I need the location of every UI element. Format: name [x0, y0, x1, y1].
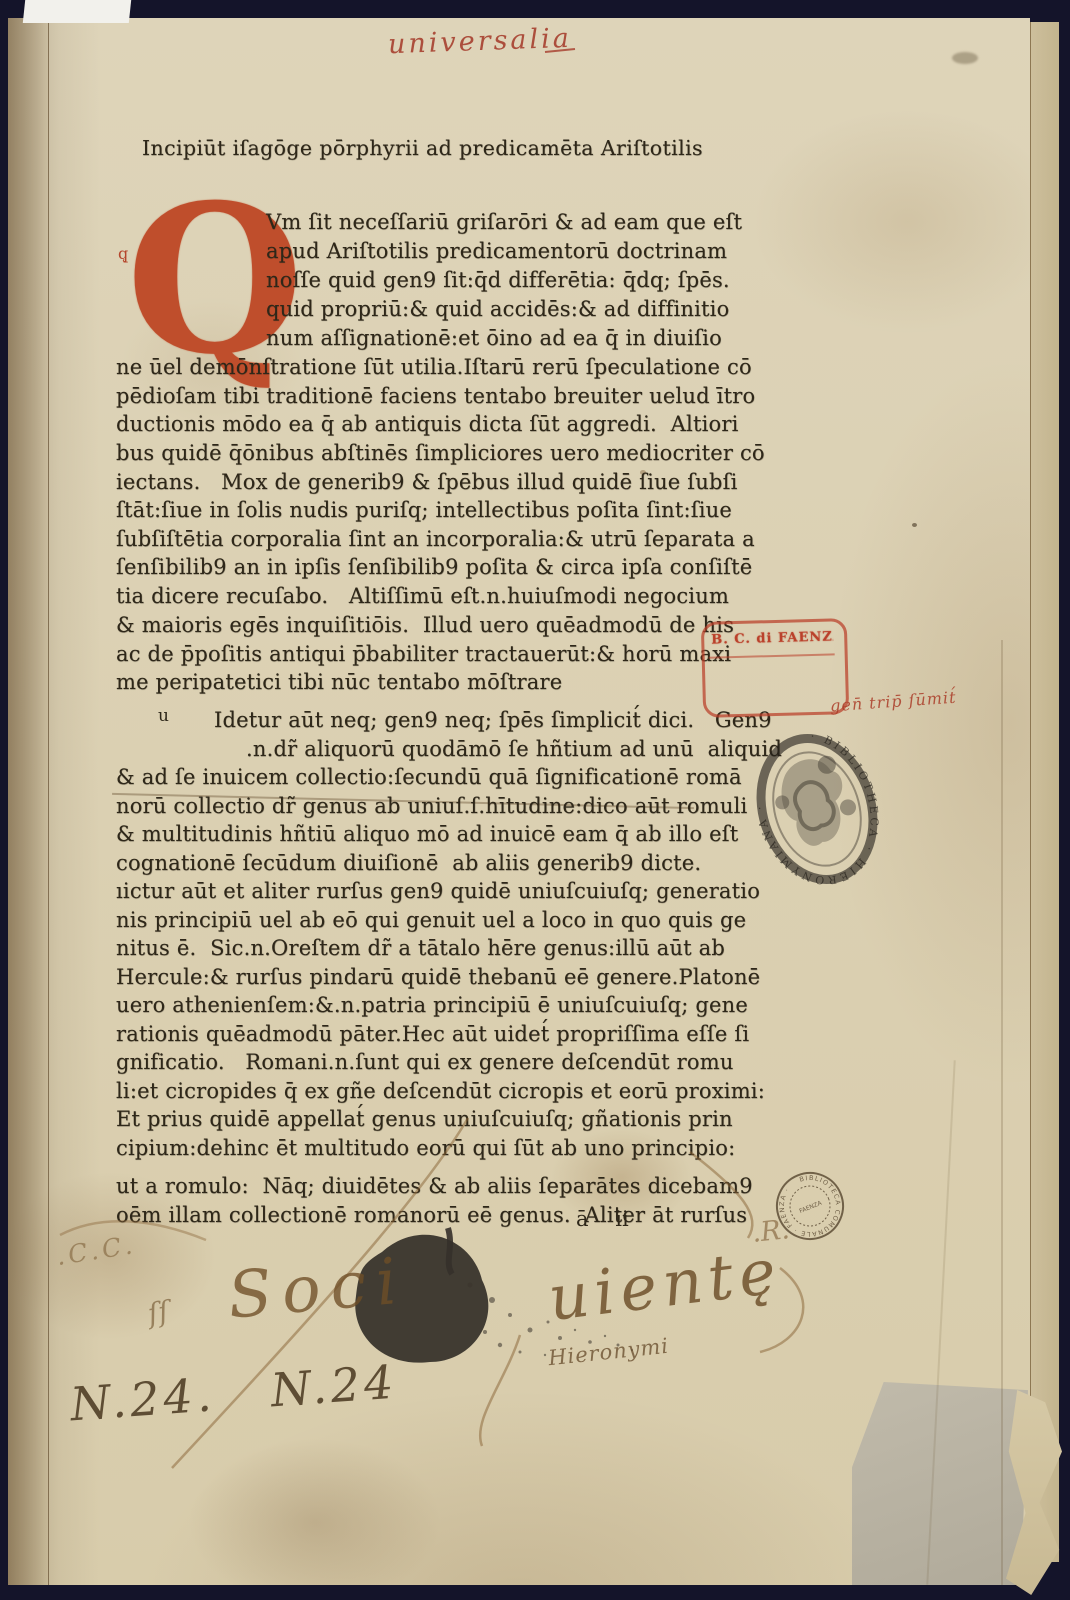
text-line: quid propriū:& quid accidēs:& ad diffini… — [266, 299, 729, 320]
text-line: me peripatetici tibi nūc tentabo mōſtrar… — [116, 672, 562, 693]
text-line: Et prius quidē appellat́ genus uniuſcuiu… — [116, 1109, 733, 1130]
text-line: rationis quēadmodū pāter.Hec aūt uidet́ … — [116, 1024, 749, 1045]
text-line: li:et cicropides q̄ ex gñe deſcendūt cic… — [116, 1081, 765, 1102]
text-line: cognationē ſecūdum diuiſionē ab aliis ge… — [116, 853, 701, 874]
text-line: & ad ſe inuicem collectio:ſecundū quā ſi… — [116, 767, 742, 788]
text-line: Hercule:& rurſus pindarū quidē thebanū e… — [116, 967, 760, 988]
fox-spot — [912, 523, 917, 527]
text-line: .n.dr̃ aliquorū quodāmō ſe hñtium ad unū… — [246, 739, 782, 760]
text-line: bus quidē q̄ōnibus abſtinēs ſimpliciores… — [116, 443, 765, 464]
handwriting-soci: Soci — [225, 1244, 409, 1333]
page-gutter-edge — [8, 18, 49, 1585]
annotation-universalia: universalia — [388, 23, 573, 60]
text-line: & multitudinis hñtiū aliquo mō ad inuicē… — [116, 824, 738, 845]
text-line: ductionis mōdo ea q̄ ab antiquis dicta ſ… — [116, 414, 739, 435]
text-line: ut a romulo: Nāq; diuidētes & ab aliis ſ… — [116, 1176, 753, 1197]
text-line: & maioris egēs inquiſitiōis. Illud uero … — [116, 615, 734, 636]
guide-letter-q: q̨ — [118, 244, 128, 263]
text-line: ac de p̄poſitis antiqui p̄babiliter trac… — [116, 644, 731, 665]
photo-backdrop: { "text": { "heading": "Incipiūt iſagōge… — [0, 0, 1070, 1600]
red-library-stamp: B. C. di FAENZA — [701, 618, 849, 718]
text-line: ſubſiſtētia corporalia ſint an incorpora… — [116, 529, 755, 550]
text-line: num aſſignationē:et ōino ad ea q̄ in diu… — [266, 328, 722, 349]
text-line: ne ūel demōnſtratione ſūt utilia.Iſtarū … — [116, 357, 752, 378]
text-line: oēm illam collectionē romanorū eē genus.… — [116, 1205, 747, 1226]
incipit-heading: Incipiūt iſagōge pōrphyrii ad predicamēt… — [142, 138, 703, 159]
text-line: noſſe quid gen9 ſit:q̄d differētia: q̄dq… — [266, 270, 730, 291]
text-line: ıictur aūt et aliter rurſus gen9 quidē u… — [116, 881, 760, 902]
text-line: Idetur aūt neq; gen9 neq; ſpēs ſimplicit… — [214, 710, 772, 731]
text-line: iectans. Mox de generib9 & ſpēbus illud … — [116, 472, 738, 493]
text-line: ſenſibilib9 an in ipſis ſenſibilib9 poſi… — [116, 557, 752, 578]
text-line: nitus ē. Sic.n.Oreſtem dr̃ a tātalo hēre… — [116, 938, 725, 959]
text-line: cipium:dehinc ēt multitudo eorū qui ſūt … — [116, 1138, 735, 1159]
text-line: norū collectio dr̃ genus ab uniuſ.ſ.hītu… — [116, 796, 747, 817]
text-line: tia dicere recuſabo. Altiſſimū eſt.n.hui… — [116, 586, 729, 607]
guide-letter-u: u — [158, 706, 169, 726]
page-right-edge — [1030, 22, 1059, 1562]
quire-signature-mark: ā ii — [576, 1207, 629, 1231]
text-line: uero athenienſem:&.n.patria principiū ē … — [116, 995, 748, 1016]
crease-line — [1001, 640, 1003, 1585]
fox-spot — [952, 52, 978, 64]
text-line: pēdioſam tibi traditionē faciens tentabo… — [116, 386, 755, 407]
text-line: Vm ſit neceſſariū griſarōri & ad eam que… — [266, 212, 742, 233]
text-line: nis principiū uel ab eō qui genuit uel a… — [116, 910, 746, 931]
text-line: gnificatio. Romani.n.ſunt qui ex genere … — [116, 1052, 734, 1073]
text-line: apud Ariſtotilis predicamentorū doctrina… — [266, 241, 727, 262]
red-stamp-label: B. C. di FAENZA — [711, 629, 833, 647]
red-stamp-divider — [709, 653, 835, 658]
text-line: ſtāt:ſiue in ſolis nudis puriſq; intelle… — [116, 500, 732, 521]
white-paper-tab — [23, 0, 131, 23]
